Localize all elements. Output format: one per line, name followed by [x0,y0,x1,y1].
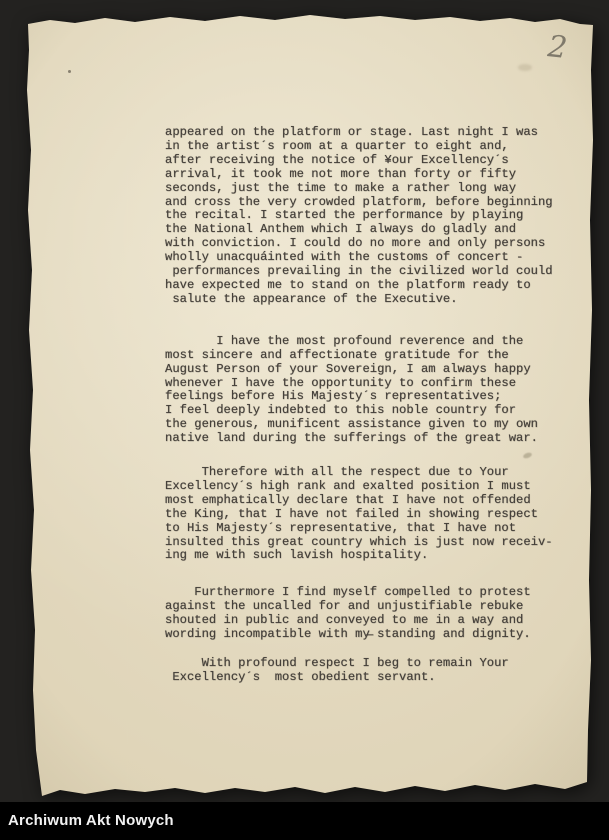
archive-footer-bar: Archiwum Akt Nowych [0,802,609,840]
letter-line: Furthermore I find myself compelled to p… [165,586,585,600]
letter-paragraph: Therefore with all the respect due to Yo… [165,466,585,563]
letter-line: Therefore with all the respect due to Yo… [165,466,585,480]
letter-line: the National Anthem which I always do gl… [165,223,585,237]
pencil-smudge [518,64,532,71]
letter-line: and cross the very crowded platform, bef… [165,196,585,210]
letter-line: with conviction. I could do no more and … [165,237,585,251]
document-page-wrapper: 2 appeared on the platform or stage. Las… [20,10,598,802]
letter-line: to His Majesty´s representative, that I … [165,522,585,536]
letter-line: wholly unacquáinted with the customs of … [165,251,585,265]
letter-line: seconds, just the time to make a rather … [165,182,585,196]
letter-line: arrival, it took me not more than forty … [165,168,585,182]
letter-body: appeared on the platform or stage. Last … [165,126,585,685]
letter-paragraph: I have the most profound reverence and t… [165,335,585,446]
letter-line: in the artist´s room at a quarter to eig… [165,140,585,154]
letter-line: performances prevailing in the civilized… [165,265,585,279]
letter-line: wording incompatible with my̶ standing a… [165,628,585,642]
document-page: 2 appeared on the platform or stage. Las… [20,10,598,802]
letter-line: feelings before His Majesty´s representa… [165,390,585,404]
letter-line: native land during the sufferings of the… [165,432,585,446]
letter-line: have expected me to stand on the platfor… [165,279,585,293]
letter-line: the recital. I started the performance b… [165,209,585,223]
letter-paragraph: appeared on the platform or stage. Last … [165,126,585,307]
letter-line: most emphatically declare that I have no… [165,494,585,508]
letter-line: after receiving the notice of ¥our Excel… [165,154,585,168]
letter-paragraph: Furthermore I find myself compelled to p… [165,586,585,642]
letter-line: Excellency´s high rank and exalted posit… [165,480,585,494]
archive-watermark: Archiwum Akt Nowych [8,812,174,829]
handwritten-page-number: 2 [546,29,569,66]
letter-line: salute the appearance of the Executive. [165,293,585,307]
letter-line: against the uncalled for and unjustifiab… [165,600,585,614]
letter-line: insulted this great country which is jus… [165,536,585,550]
letter-line: Excellency´s most obedient servant. [165,671,585,685]
letter-line: ing me with such lavish hospitality. [165,549,585,563]
paper-speck [68,70,71,73]
letter-line: With profound respect I beg to remain Yo… [165,657,585,671]
letter-line: the generous, munificent assistance give… [165,418,585,432]
letter-line: shouted in public and conveyed to me in … [165,614,585,628]
letter-paragraph: With profound respect I beg to remain Yo… [165,657,585,685]
letter-line: the King, that I have not failed in show… [165,508,585,522]
letter-line: August Person of your Sovereign, I am al… [165,363,585,377]
letter-line: most sincere and affectionate gratitude … [165,349,585,363]
archive-scan-viewport: 2 appeared on the platform or stage. Las… [0,0,609,840]
letter-line: appeared on the platform or stage. Last … [165,126,585,140]
letter-line: I feel deeply indebted to this noble cou… [165,404,585,418]
letter-line: I have the most profound reverence and t… [165,335,585,349]
